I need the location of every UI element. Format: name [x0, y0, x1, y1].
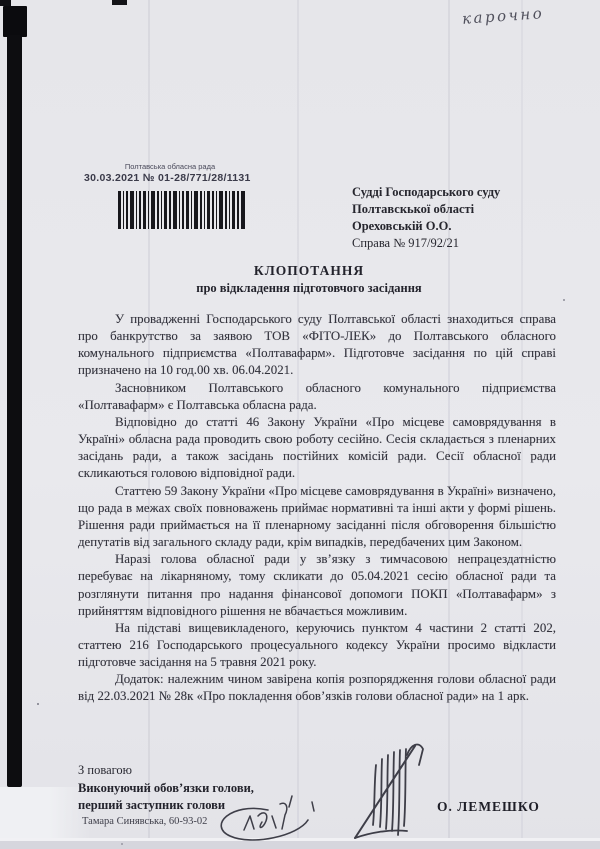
addressee-line: Судді Господарського суду	[352, 184, 500, 201]
paragraph: Відповідно до статті 46 Закону України «…	[78, 414, 556, 483]
executor-signature	[206, 794, 322, 848]
addressee-line: Полтавскької області	[352, 201, 500, 218]
stamp-registration-number: 30.03.2021 № 01-28/771/28/1131	[84, 172, 251, 184]
paragraph: У провадженні Господарського суду Полтав…	[78, 311, 556, 380]
handwritten-annotation: карочно	[461, 4, 544, 28]
scanned-document-page: карочно Полтавська обласна рада 30.03.20…	[0, 0, 600, 849]
title-main: КЛОПОТАННЯ	[78, 263, 540, 279]
salutation: З повагою	[78, 762, 254, 780]
executor-contact: Тамара Синявська, 60-93-02	[82, 816, 207, 827]
handwritten-signature	[349, 741, 444, 843]
scan-artifact-corner-block	[3, 6, 27, 37]
addressee-block: Судді Господарського суду Полтавскької о…	[352, 184, 500, 252]
barcode	[118, 191, 246, 229]
scan-artifact-left-bar	[7, 35, 22, 787]
stamp-organization: Полтавська обласна рада	[90, 162, 250, 171]
paragraph: Статтею 59 Закону України «Про місцеве с…	[78, 483, 556, 552]
paragraph: Засновником Полтавського обласного комун…	[78, 380, 556, 414]
addressee-line: Ореховській О.О.	[352, 218, 500, 235]
case-number: Справа № 917/92/21	[352, 235, 500, 252]
title-subtitle: про відкладення підготовчого засідання	[78, 281, 540, 296]
paragraph: Додаток: належним чином завірена копія р…	[78, 671, 556, 705]
paragraph: Наразі голова обласної ради у зв’язку з …	[78, 551, 556, 620]
document-title: КЛОПОТАННЯ про відкладення підготовчого …	[78, 263, 540, 296]
scan-specks	[0, 0, 2, 2]
document-body: У провадженні Господарського суду Полтав…	[78, 311, 556, 706]
scan-artifact-top-tick	[112, 0, 127, 5]
signer-name: О. ЛЕМЕШКО	[437, 799, 540, 815]
paragraph: На підставі вищевикладеного, керуючись п…	[78, 620, 556, 671]
